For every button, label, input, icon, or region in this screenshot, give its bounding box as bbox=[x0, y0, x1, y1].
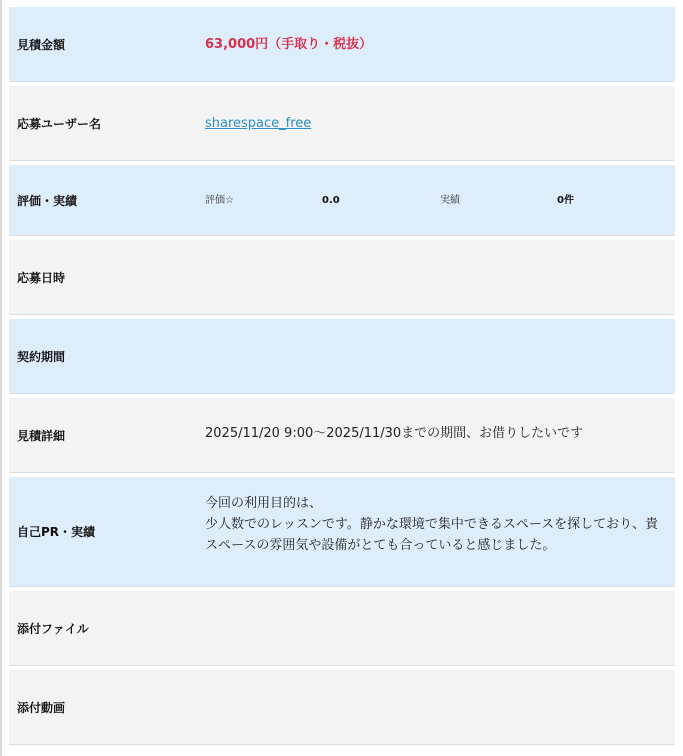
contract-period-label: 契約期間 bbox=[9, 348, 205, 365]
estimate-details-label: 見積詳細 bbox=[9, 427, 205, 444]
self-pr-line: 今回の利用目的は、 bbox=[205, 493, 661, 514]
row-estimate-details: 見積詳細 2025/11/20 9:00〜2025/11/30までの期間、お借り… bbox=[9, 398, 675, 473]
rating-record-group: 評価☆ 0.0 実績 0件 bbox=[205, 190, 661, 211]
application-datetime-label: 応募日時 bbox=[9, 269, 205, 286]
estimate-details-value: 2025/11/20 9:00〜2025/11/30までの期間、お借りしたいです bbox=[205, 423, 675, 444]
estimate-amount-label: 見積金額 bbox=[9, 36, 205, 53]
row-attached-video: 添付動画 bbox=[9, 670, 675, 745]
row-self-pr: 自己PR・実績 今回の利用目的は、 少人数でのレッスンです。静かな環境で集中でき… bbox=[9, 477, 675, 587]
applicant-user-link[interactable]: sharespace_free bbox=[205, 113, 311, 134]
row-contract-period: 契約期間 bbox=[9, 319, 675, 394]
row-applicant-user: 応募ユーザー名 sharespace_free bbox=[9, 86, 675, 161]
self-pr-label: 自己PR・実績 bbox=[9, 523, 205, 540]
rating-record-label: 評価・実績 bbox=[9, 192, 205, 209]
estimate-amount-value: 63,000円（手取り・税抜） bbox=[205, 34, 675, 55]
row-attached-file: 添付ファイル bbox=[9, 591, 675, 666]
row-application-datetime: 応募日時 bbox=[9, 240, 675, 315]
record-label: 実績 bbox=[440, 190, 557, 211]
record-value: 0件 bbox=[557, 190, 574, 211]
self-pr-line: スペースの雰囲気や設備がとても合っていると感じました。 bbox=[205, 535, 661, 556]
rating-value: 0.0 bbox=[322, 190, 440, 211]
row-rating-record: 評価・実績 評価☆ 0.0 実績 0件 bbox=[9, 165, 675, 236]
row-estimate-amount: 見積金額 63,000円（手取り・税抜） bbox=[9, 7, 675, 82]
applicant-user-value: sharespace_free bbox=[205, 113, 675, 134]
rating-record-value: 評価☆ 0.0 実績 0件 bbox=[205, 190, 675, 211]
attached-video-label: 添付動画 bbox=[9, 699, 205, 716]
self-pr-value: 今回の利用目的は、 少人数でのレッスンです。静かな環境で集中できるスペースを探し… bbox=[205, 493, 675, 556]
application-details-table: 見積金額 63,000円（手取り・税抜） 応募ユーザー名 sharespace_… bbox=[9, 7, 675, 749]
rating-label: 評価☆ bbox=[205, 190, 322, 211]
estimate-price: 63,000円（手取り・税抜） bbox=[205, 34, 372, 55]
attached-file-label: 添付ファイル bbox=[9, 620, 205, 637]
applicant-user-label: 応募ユーザー名 bbox=[9, 115, 205, 132]
self-pr-line: 少人数でのレッスンです。静かな環境で集中できるスペースを探しており、貴 bbox=[205, 514, 661, 535]
